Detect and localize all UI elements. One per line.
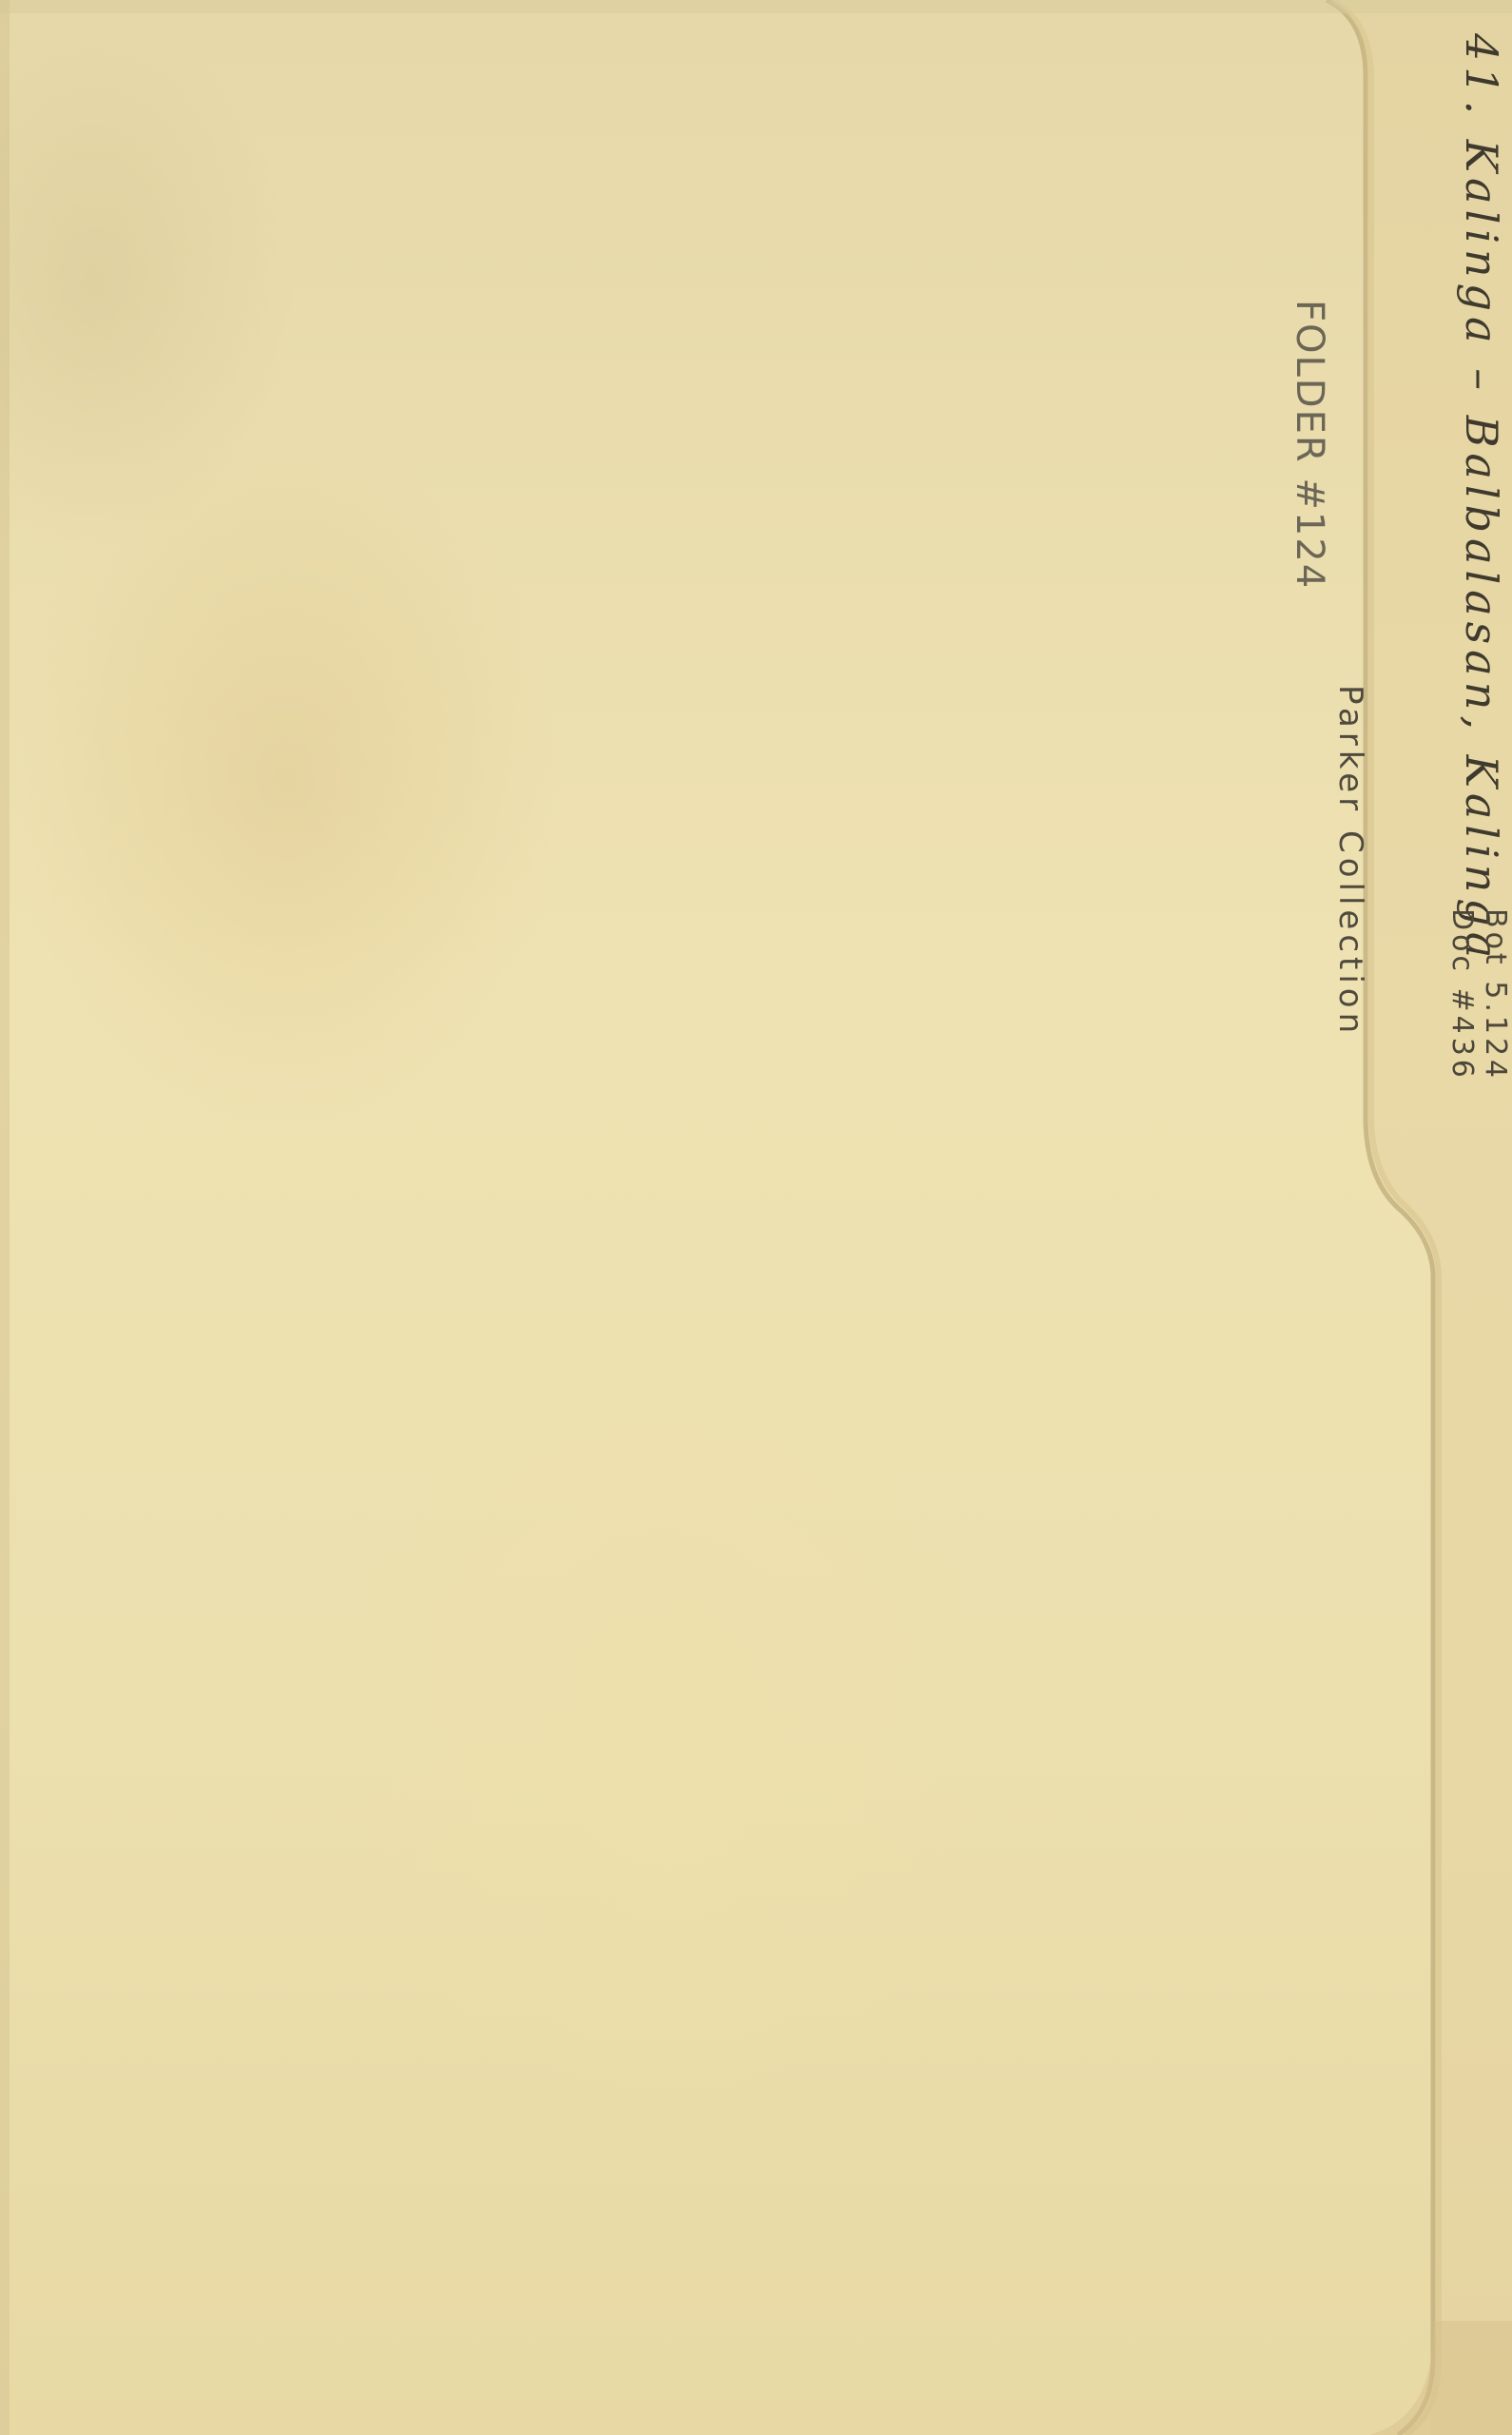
collection-label: Parker Collection [1331,685,1369,1038]
doc-reference-label: Doc #436 [1445,908,1479,1081]
folder-edges [0,0,1512,2435]
bot-reference-label: Bot 5.124 [1479,908,1512,1081]
folder-number-label: FOLDER #124 [1288,300,1331,590]
manila-folder: 41. Kalinga – Balbalasan, Kalinga Bot 5.… [0,0,1512,2435]
tab-title-label: 41. Kalinga – Balbalasan, Kalinga [1456,33,1507,964]
